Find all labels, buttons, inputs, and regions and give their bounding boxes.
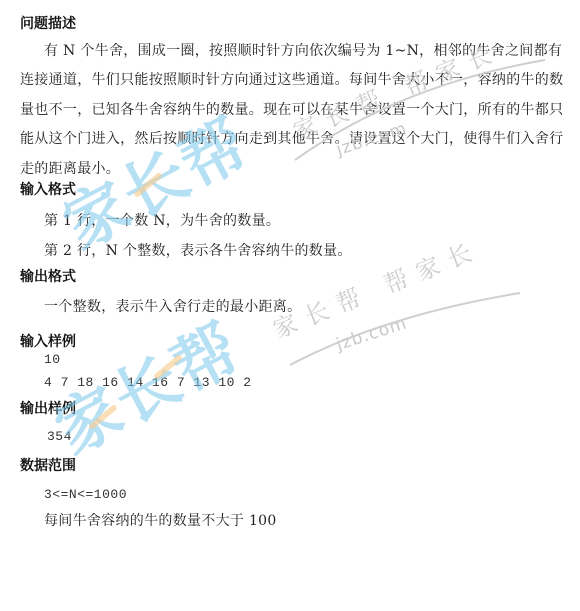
watermark-swoosh-lower bbox=[285, 290, 525, 370]
heading-input-format: 输入格式 bbox=[20, 179, 76, 199]
problem-description-text: 有 N 个牛舍，围成一圈，按照顺时针方向依次编号为 1~N，相邻的牛舍之间都有连… bbox=[20, 37, 566, 184]
problem-document: 问题描述 有 N 个牛舍，围成一圈，按照顺时针方向依次编号为 1~N，相邻的牛舍… bbox=[0, 0, 580, 611]
heading-problem-description: 问题描述 bbox=[20, 13, 76, 33]
heading-sample-input: 输入样例 bbox=[20, 331, 76, 351]
output-format-line-1: 一个整数，表示牛入舍行走的最小距离。 bbox=[44, 296, 301, 316]
sample-output-line-1: 354 bbox=[47, 429, 72, 444]
sample-input-line-2: 4 7 18 16 14 16 7 13 10 2 bbox=[44, 375, 252, 390]
input-format-line-2: 第 2 行，N 个整数，表示各牛舍容纳牛的数量。 bbox=[44, 240, 352, 260]
heading-data-range: 数据范围 bbox=[20, 455, 76, 475]
data-range-line-2: 每间牛舍容纳的牛的数量不大于 100 bbox=[44, 510, 277, 530]
watermark-url-lower: jzb.com bbox=[334, 313, 410, 355]
input-format-line-1: 第 1 行，一个数 N，为牛舍的数量。 bbox=[44, 210, 280, 230]
heading-output-format: 输出格式 bbox=[20, 266, 76, 286]
data-range-line-1: 3<=N<=1000 bbox=[44, 487, 127, 502]
watermark-accent-stroke bbox=[88, 404, 118, 430]
heading-sample-output: 输出样例 bbox=[20, 398, 76, 418]
sample-input-line-1: 10 bbox=[44, 352, 61, 367]
